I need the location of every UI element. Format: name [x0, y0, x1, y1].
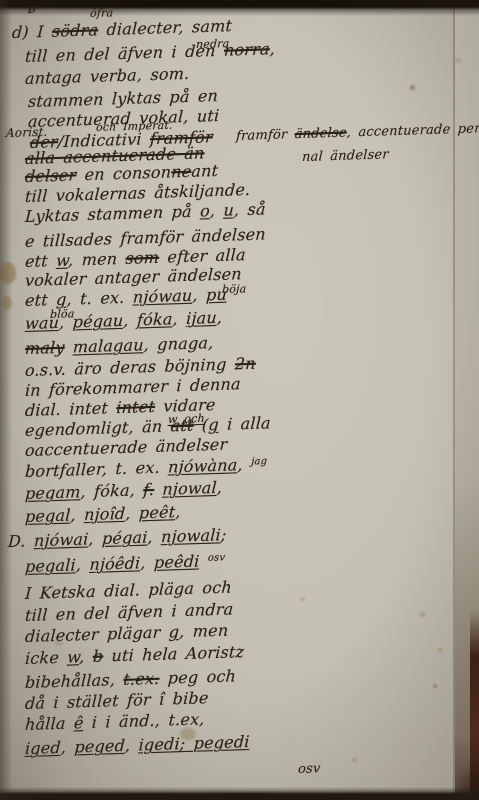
margin-note: nal ändelser — [302, 148, 389, 165]
manuscript-word: igedi; pegedi — [138, 732, 250, 755]
manuscript-word: , — [125, 503, 140, 522]
manuscript-word: antaga verba, som. — [24, 64, 189, 88]
manuscript-word: norra — [223, 39, 270, 59]
manuscript-line: osv — [298, 762, 321, 777]
manuscript-word: pegal — [24, 506, 71, 526]
manuscript-word: ändelse — [294, 126, 347, 143]
manuscript-word: , — [237, 455, 252, 474]
manuscript-word: pu — [206, 285, 228, 305]
manuscript-word: dial. intet — [24, 398, 116, 420]
manuscript-word: peêdi — [153, 551, 200, 571]
manuscript-word: , — [269, 39, 275, 58]
manuscript-line: pegam, fóka, f. njowal, — [25, 479, 223, 503]
manuscript-word: , — [70, 505, 85, 524]
manuscript-word: njowali — [161, 525, 222, 546]
manuscript-word: att — [170, 416, 194, 436]
manuscript-word: iged — [24, 738, 61, 758]
manuscript-word: , accentuerade perso — [346, 121, 479, 141]
manuscript-word: d) I — [11, 22, 52, 42]
manuscript-word: , så — [234, 199, 267, 219]
manuscript-word: ett — [24, 251, 56, 271]
manuscript-line: ett g, t. ex. njówau, pu — [25, 286, 228, 310]
manuscript-word: södra — [51, 20, 98, 40]
manuscript-word: pegali — [24, 555, 76, 576]
manuscript-line: D. njówai, pégai, njowali; — [8, 526, 228, 551]
manuscript-word: en conson — [76, 162, 172, 184]
manuscript-word: D. — [7, 531, 34, 551]
manuscript-word: , men — [179, 621, 229, 642]
manuscript-line: iged, peged, igedi; pegedi — [25, 733, 251, 758]
manuscript-word: i i änd., t.ex, — [83, 709, 205, 732]
manuscript-word: , — [175, 502, 181, 521]
manuscript-word: , — [75, 555, 90, 574]
manuscript-line: bortfaller, t. ex. njówàna, jag — [25, 455, 268, 480]
manuscript-word: Lyktas stammen på — [24, 201, 200, 226]
manuscript-word: malagau — [72, 335, 144, 356]
manuscript-word: i alla — [218, 413, 271, 434]
manuscript-line: I Ketska dial. pläga och — [25, 578, 233, 602]
manuscript-line: till en del äfven i den norra, — [25, 40, 276, 65]
manuscript-word: ø — [28, 2, 37, 17]
manuscript-word: njóêdi — [89, 553, 141, 574]
manuscript-word: nal ändelser — [302, 147, 390, 165]
section-mark: ø — [28, 3, 37, 18]
manuscript-word: , — [123, 310, 138, 329]
manuscript-line: pegal, njoîd, peêt, — [25, 503, 182, 526]
manuscript-word: wau — [24, 313, 59, 333]
manuscript-word: peêt — [138, 502, 175, 522]
manuscript-word: , — [209, 201, 224, 220]
manuscript-word: pegam — [24, 482, 81, 503]
manuscript-line: dialecter plägar g, men — [25, 622, 229, 646]
margin-note: framför ändelse, accentuerade perso — [236, 122, 479, 144]
manuscript-line: maly malagau, gnaga, — [25, 334, 214, 358]
manuscript-word: njowal — [162, 478, 217, 499]
manuscript-word: ant — [191, 161, 219, 181]
manuscript-word: delser — [24, 165, 76, 186]
manuscript-line: hålla ê i i änd., t.ex, — [25, 710, 206, 733]
manuscript-word: ijau — [186, 308, 218, 328]
manuscript-word: t.ex. — [123, 669, 160, 689]
manuscript-word: osv — [298, 761, 321, 777]
manuscript-word: , t. ex. — [66, 288, 133, 309]
manuscript-word: , — [88, 529, 103, 548]
manuscript-word: , gnaga, — [143, 333, 214, 354]
manuscript-word: till en del äfven i den — [24, 41, 224, 66]
manuscript-word: njówàna — [168, 455, 238, 476]
manuscript-word: , — [125, 735, 140, 754]
manuscript-page: øöfrad) I södra dialecter, samtnedratill… — [0, 0, 479, 800]
manuscript-line: pegali, njóêdi, peêdi osv — [25, 552, 226, 576]
manuscript-word: , fóka, — [80, 480, 144, 501]
manuscript-word: bibehållas, — [24, 670, 124, 692]
manuscript-line: wau, pégau, fóka, ijau, — [25, 309, 223, 333]
manuscript-word: ne — [171, 162, 192, 182]
manuscript-word: bortfaller, t. ex. — [24, 457, 168, 481]
manuscript-word: fóka — [137, 309, 174, 329]
manuscript-word: , — [216, 308, 222, 327]
manuscript-word: ; — [220, 525, 227, 544]
manuscript-word: njówau — [132, 286, 193, 307]
manuscript-word: njówai — [34, 529, 89, 550]
manuscript-word: njoîd — [84, 504, 126, 524]
manuscript-word: pégau — [72, 311, 124, 332]
manuscript-word: , — [216, 478, 222, 497]
insertion: öfra — [90, 7, 114, 20]
manuscript-word: osv — [208, 552, 226, 564]
manuscript-word: jag — [251, 456, 268, 468]
manuscript-word: , — [192, 285, 207, 304]
manuscript-word: icke — [24, 648, 67, 668]
manuscript-word: , — [59, 312, 74, 331]
manuscript-word: maly — [24, 338, 65, 358]
manuscript-line: antaga verba, som. — [25, 65, 190, 88]
manuscript-word: intet — [116, 397, 156, 417]
manuscript-word: 2n — [234, 354, 256, 374]
manuscript-word: pégai — [102, 528, 149, 548]
manuscript-word: , — [140, 553, 155, 572]
manuscript-word: I Ketska dial. pläga och — [24, 577, 232, 603]
manuscript-word: peged — [74, 736, 126, 757]
manuscript-word: uti hela Aoristz — [103, 642, 245, 665]
manuscript-word: framför — [236, 127, 296, 144]
manuscript-word: peg och — [159, 666, 237, 687]
manuscript-line: icke w, b uti hela Aoristz — [25, 643, 245, 668]
manuscript-word: hålla — [24, 713, 74, 734]
manuscript-word: dialecter, samt — [98, 16, 233, 39]
manuscript-word: dialecter plägar — [24, 622, 169, 646]
manuscript-word: öfra — [90, 6, 114, 20]
manuscript-word: , — [79, 647, 94, 666]
text-layer: øöfrad) I södra dialecter, samtnedratill… — [0, 0, 479, 800]
manuscript-word: som — [125, 248, 160, 268]
manuscript-word: , men — [68, 249, 126, 270]
